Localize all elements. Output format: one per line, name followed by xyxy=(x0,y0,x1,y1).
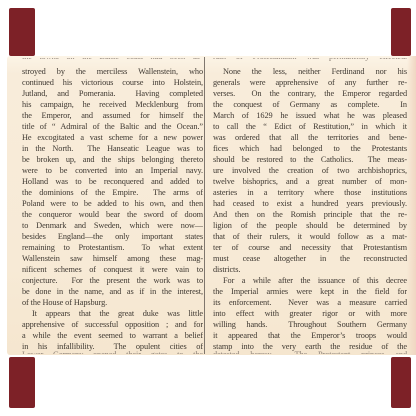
text-line: stroyed by the merciless Wallenstein, wh… xyxy=(22,66,203,77)
text-line: And then on the Romish principle that th… xyxy=(213,209,407,220)
text-line: it appeared that the Emperor’s troops wo… xyxy=(213,330,407,341)
text-line: verses. On the contrary, the Emperor reg… xyxy=(213,88,407,99)
text-line: to call the “ Edict of Restitution,” in … xyxy=(213,121,407,132)
text-line: conjecture. For the present the work was… xyxy=(22,275,203,286)
text-line: the conqueror would bear the sword of do… xyxy=(22,209,203,220)
text-line: ure involved the creation of two archbis… xyxy=(213,165,407,176)
corner-mark-top-right xyxy=(391,8,411,56)
text-line: ligion of the people should be determine… xyxy=(213,220,407,231)
text-line: be broken up, and the ships belonging th… xyxy=(22,154,203,165)
text-line: was ordered that all the territories and… xyxy=(213,132,407,143)
text-line: Jutland, and Pomerania. Having completed xyxy=(22,88,203,99)
text-line: He excogitated a vast scheme for a new p… xyxy=(22,132,203,143)
cutoff-line-top-left: the towns on the Baltic coast had been d… xyxy=(22,58,203,63)
cutoff-line-top-right: ruin of Protestantism was permanently ef… xyxy=(213,58,407,63)
cutoff-line-bottom-left: Lower Germany opened their gates to the xyxy=(22,351,203,354)
text-line: apprehensive of successful opposition ; … xyxy=(22,319,203,330)
book-page: the towns on the Baltic coast had been d… xyxy=(7,56,416,355)
text-line: into effect with greater rigor or with m… xyxy=(213,308,407,319)
text-line: continued his victorious course into Hol… xyxy=(22,77,203,88)
corner-mark-top-left xyxy=(9,8,35,56)
text-line: Poland were to be added to his own, and … xyxy=(22,198,203,209)
text-line: asteries in a territory where those inst… xyxy=(213,187,407,198)
text-line: None the less, neither Ferdinand nor his xyxy=(213,66,407,77)
text-line: the Imperial armies were kept in the fie… xyxy=(213,286,407,297)
scanned-book-page-photo: the towns on the Baltic coast had been d… xyxy=(0,0,416,416)
column-divider-rule xyxy=(204,57,205,354)
text-line: its enforcement. Never was a measure car… xyxy=(213,297,407,308)
text-line: twelve bishoprics, and a great number of… xyxy=(213,176,407,187)
text-line: of the House of Hapsburg. xyxy=(22,297,203,308)
text-column-right: None the less, neither Ferdinand nor his… xyxy=(213,66,407,352)
text-line: be done in the name, and as if in the in… xyxy=(22,286,203,297)
corner-mark-bottom-left xyxy=(9,357,35,408)
text-line: in the North. The Hanseatic League was t… xyxy=(22,143,203,154)
text-line: title of “ Admiral of the Baltic and the… xyxy=(22,121,203,132)
text-line: his campaign, he received Mecklenburg fr… xyxy=(22,99,203,110)
text-line: ter of course and necessity that Protest… xyxy=(213,242,407,253)
text-line: Holland was to be reconquered and added … xyxy=(22,176,203,187)
text-line: Wallenstein saw himself among these mag- xyxy=(22,253,203,264)
text-line: were to be converted into an Imperial na… xyxy=(22,165,203,176)
text-line: generals were apprehensive of any furthe… xyxy=(213,77,407,88)
text-line: districts. xyxy=(213,264,407,275)
text-line: must cease altogether in the reconstruct… xyxy=(213,253,407,264)
text-line: nificent schemes of conquest it were vai… xyxy=(22,264,203,275)
text-line: willing hands. Throughout Southern Germa… xyxy=(213,319,407,330)
text-line: remaining to Protestantism. To what exte… xyxy=(22,242,203,253)
text-line: the conquest of Germany as complete. In xyxy=(213,99,407,110)
text-column-left: stroyed by the merciless Wallenstein, wh… xyxy=(22,66,203,352)
page-edge-shadow xyxy=(407,56,416,355)
text-line: the Emperor, and assumed for himself the xyxy=(22,110,203,121)
text-line: to Denmark and Sweden, which were now— xyxy=(22,220,203,231)
text-line: March of 1629 he issued what he was plea… xyxy=(213,110,407,121)
text-line: that of their rulers, it would follow as… xyxy=(213,231,407,242)
text-line: had ceased to exist a hundred years prev… xyxy=(213,198,407,209)
text-line: the dominions of the Empire. The arms of xyxy=(22,187,203,198)
cutoff-line-bottom-right: detested heresy. The Protestant princes … xyxy=(213,351,407,354)
corner-mark-bottom-right xyxy=(391,357,411,408)
text-line: should be restored to the Catholics. The… xyxy=(213,154,407,165)
text-line: It appears that the great duke was littl… xyxy=(22,308,203,319)
text-line: besides England—the only important state… xyxy=(22,231,203,242)
text-line: For a while after the issuance of this d… xyxy=(213,275,407,286)
text-line: fices which had belonged to the Protesta… xyxy=(213,143,407,154)
text-line: a while the event seemed to warrant a be… xyxy=(22,330,203,341)
